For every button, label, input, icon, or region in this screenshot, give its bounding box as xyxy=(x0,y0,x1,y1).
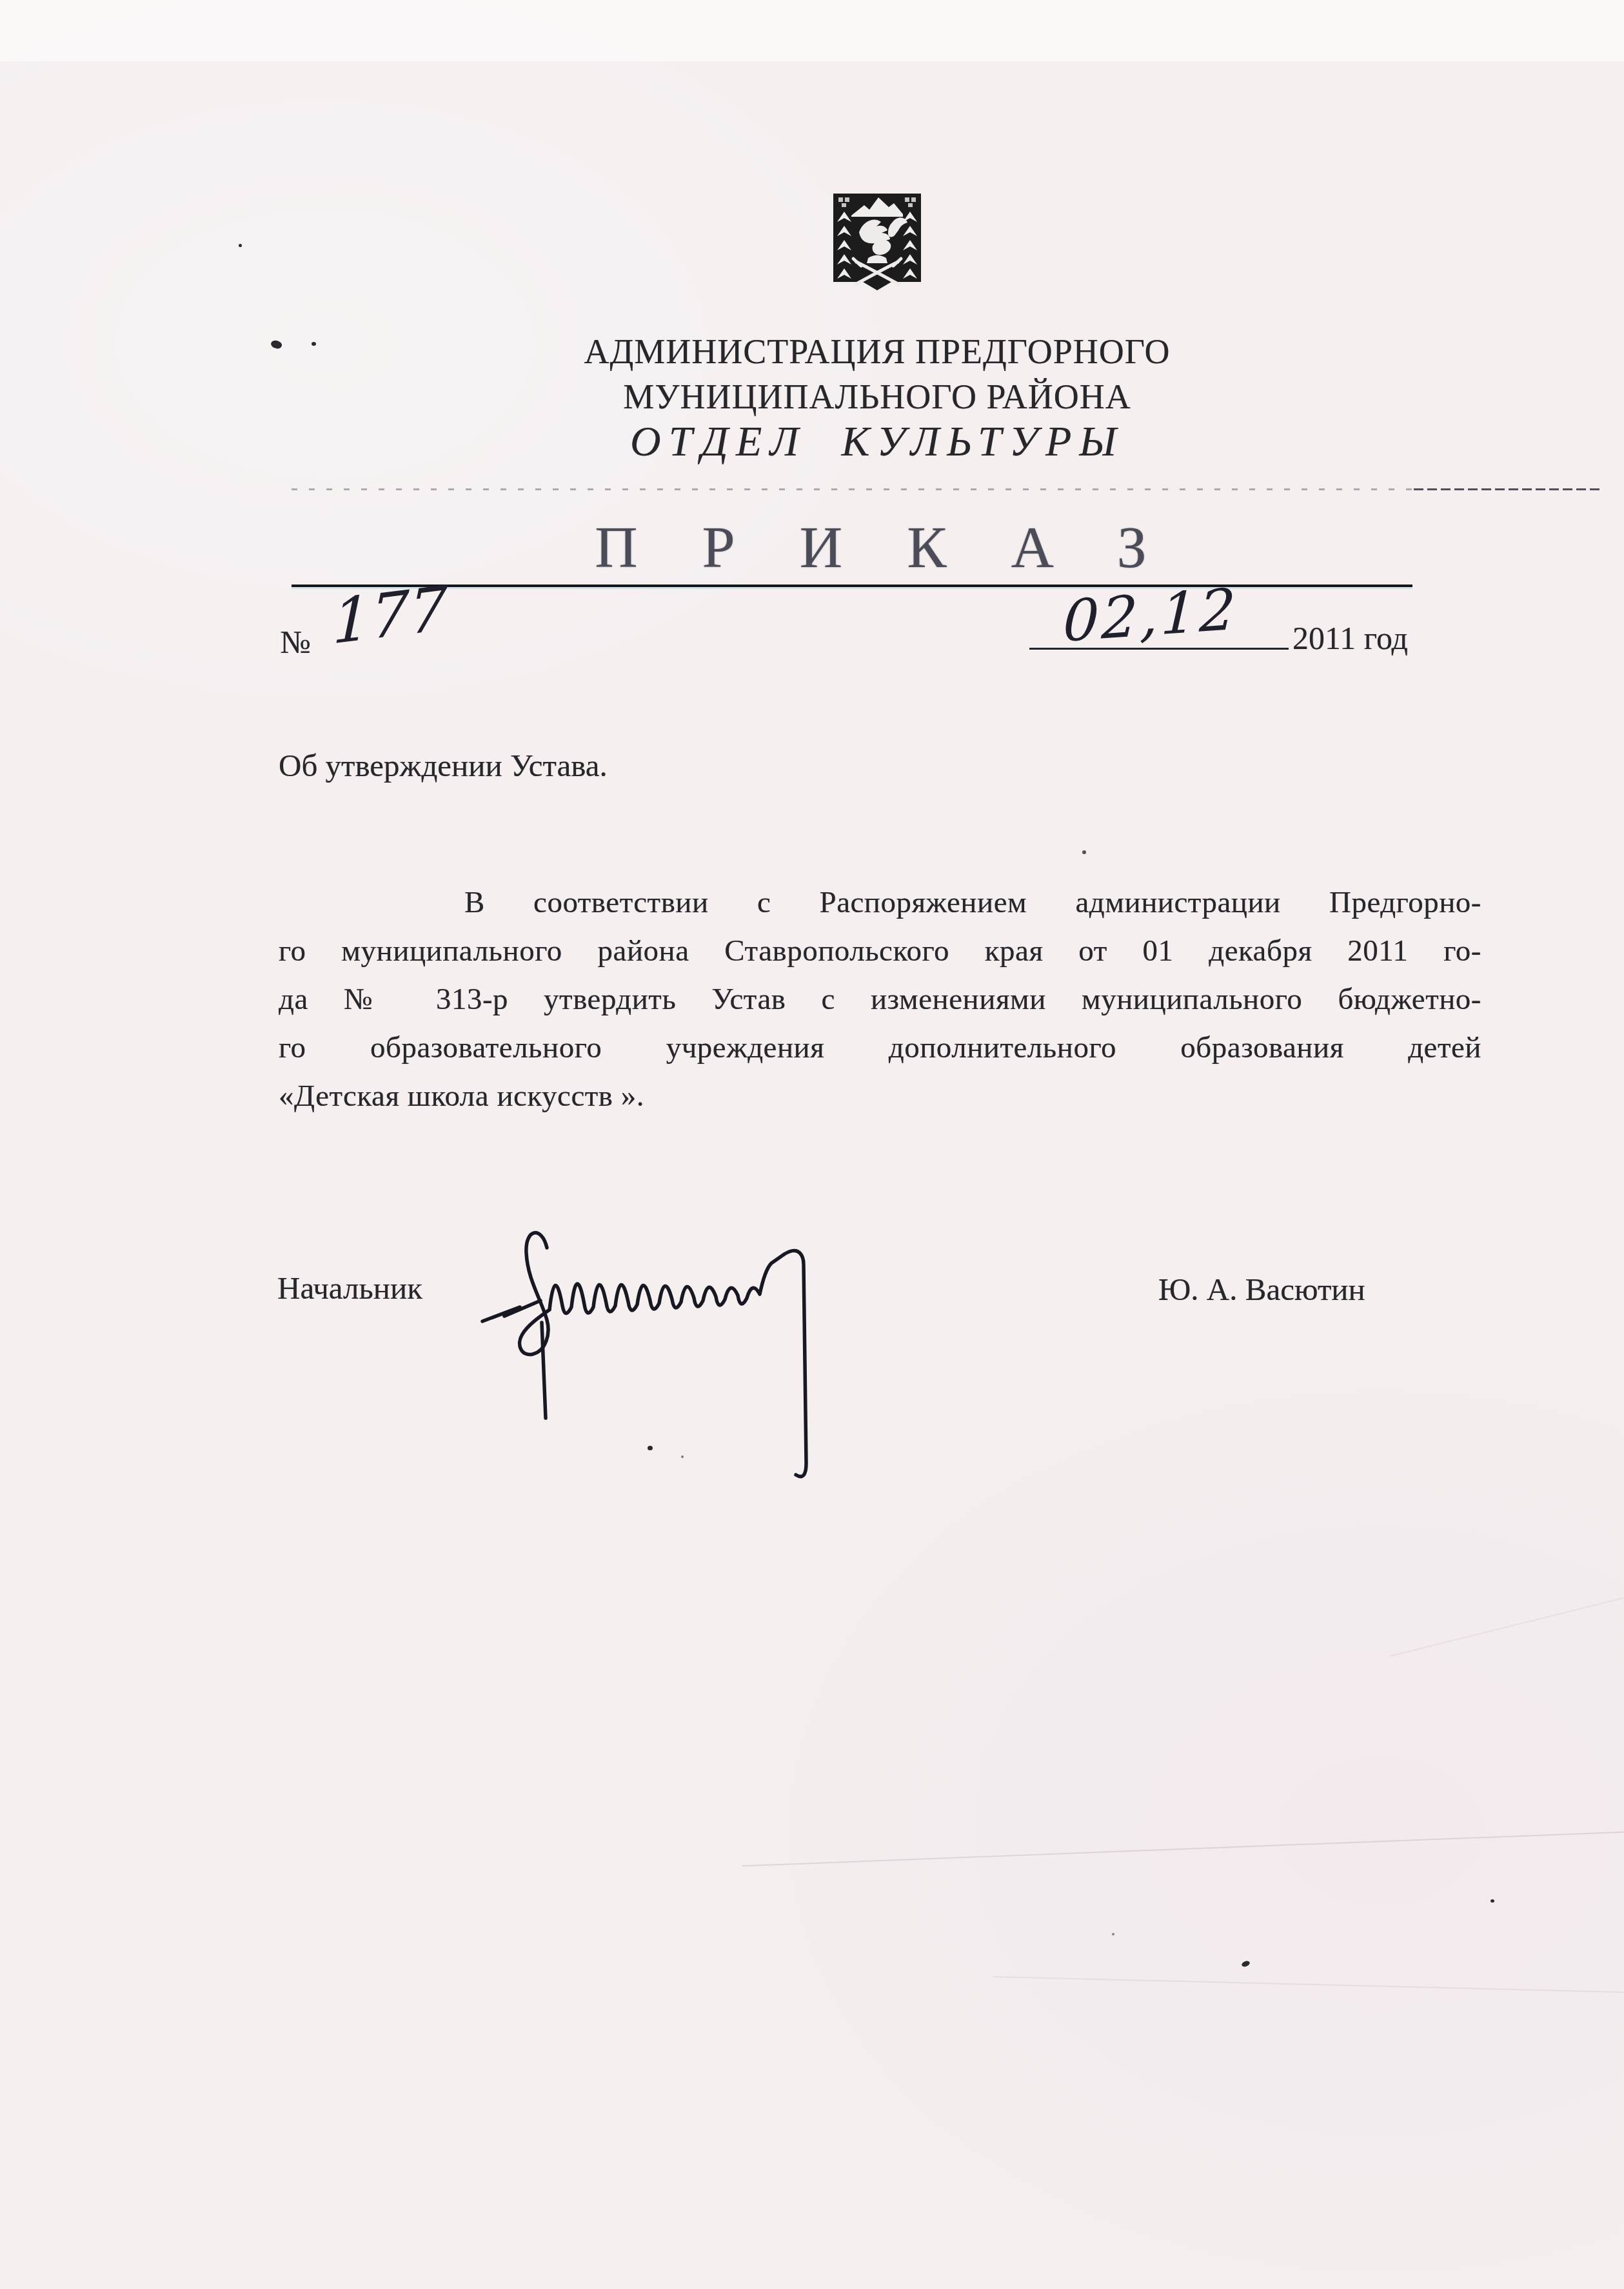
scan-edge-strip xyxy=(0,0,1624,61)
org-name-line-1: АДМИНИСТРАЦИЯ ПРЕДГОРНОГО xyxy=(0,330,1624,373)
ink-speck xyxy=(648,1446,653,1450)
body-paragraph: В соответствии с Распоряжением администр… xyxy=(279,879,1481,1121)
subject-line: Об утверждении Устава. xyxy=(279,747,608,784)
order-date-handwritten: 02,12 xyxy=(1062,575,1240,654)
crease-line xyxy=(1390,1596,1624,1657)
signer-name: Ю. А. Васютин xyxy=(1158,1271,1365,1308)
ink-speck xyxy=(312,342,316,346)
ink-speck xyxy=(1112,1933,1114,1935)
crease-line xyxy=(742,1832,1624,1867)
year-label: 2011 год xyxy=(1292,619,1408,657)
header-separator-line xyxy=(292,585,1412,587)
body-line: го образовательного учреждения дополните… xyxy=(279,1024,1481,1072)
body-line: го муниципального района Ставропольского… xyxy=(279,927,1481,975)
signer-position: Начальник xyxy=(277,1270,422,1306)
body-line: В соответствии с Распоряжением администр… xyxy=(464,879,1481,927)
ink-speck xyxy=(1082,850,1086,854)
ink-speck xyxy=(681,1455,684,1458)
order-number-handwritten: 177 xyxy=(332,574,448,659)
letterhead-dashed-rule-end xyxy=(1414,488,1601,490)
letterhead-dashed-rule xyxy=(292,488,1414,490)
order-title: ПРИКАЗ xyxy=(0,513,1624,581)
ink-speck xyxy=(1241,1960,1251,1968)
org-name-line-2: МУНИЦИПАЛЬНОГО РАЙОНА xyxy=(0,375,1624,418)
crease-line xyxy=(993,1976,1624,1993)
signature-scrawl xyxy=(477,1224,838,1502)
ink-speck xyxy=(1490,1899,1494,1903)
coat-of-arms-icon xyxy=(832,192,922,292)
org-department-line: ОТДЕЛ КУЛЬТУРЫ xyxy=(0,418,1624,466)
body-line: да № 313-р утвердить Устав с изменениями… xyxy=(279,975,1481,1024)
order-number-sign: № xyxy=(280,623,311,661)
body-line: «Детская школа искусств ». xyxy=(279,1072,1481,1121)
ink-speck xyxy=(239,244,242,247)
document-page: АДМИНИСТРАЦИЯ ПРЕДГОРНОГО МУНИЦИПАЛЬНОГО… xyxy=(0,0,1624,2289)
